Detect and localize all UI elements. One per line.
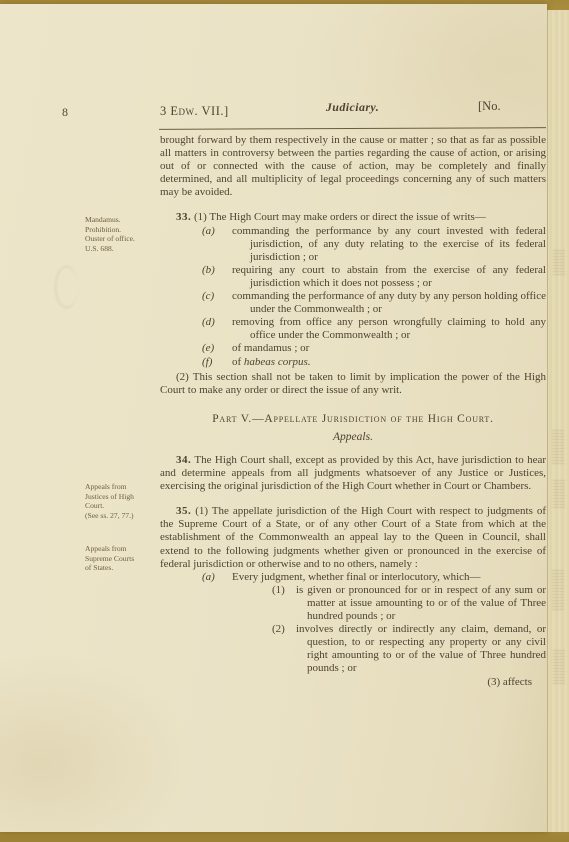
appeals-subheading: Appeals. [160, 431, 546, 444]
text-column: brought forward by them respectively in … [160, 134, 546, 690]
part-v-heading: Part V.—Appellate Jurisdiction of the Hi… [160, 413, 546, 426]
intro-paragraph: brought forward by them respectively in … [160, 134, 546, 199]
ghost-text-mark [553, 250, 565, 276]
sub-label-2: (2) [272, 623, 296, 636]
item-label-a: (a) [202, 225, 232, 238]
list-item-e: (e)of mandamus ; or [160, 342, 546, 355]
item-label-f: (f) [202, 356, 232, 369]
ghost-text-mark [552, 570, 564, 610]
section-34-paragraph: 34. The High Court shall, except as prov… [160, 454, 546, 493]
item-label-35a: (a) [202, 571, 232, 584]
habeas-corpus-italic: habeas corpus. [244, 356, 311, 368]
ghost-text-mark [553, 650, 565, 686]
item-label-e: (e) [202, 342, 232, 355]
item-label-c: (c) [202, 290, 232, 303]
item-label-d: (d) [202, 316, 232, 329]
section-35-item-a: (a)Every judgment, whether final or inte… [160, 571, 546, 584]
section-35-intro: 35. (1) The appellate jurisdiction of th… [160, 505, 546, 570]
ghost-text-mark [552, 430, 564, 464]
list-item-d: (d)removing from office any person wrong… [160, 316, 546, 342]
section-33-subsection-2: (2) This section shall not be taken to l… [160, 371, 546, 397]
page-number: 8 [62, 105, 68, 120]
section-35-sub-item-2: (2)involves directly or indirectly any c… [160, 623, 546, 675]
item-label-b: (b) [202, 264, 232, 277]
section-33-intro: 33. (1) The High Court may make orders o… [160, 211, 546, 224]
catchword-next-item: (3) affects [160, 676, 546, 689]
margin-note-mandamus: Mandamus. Prohibition. Ouster of office.… [85, 215, 157, 253]
list-item-c: (c)commanding the performance of any dut… [160, 290, 546, 316]
section-33-number: 33. [176, 211, 191, 223]
list-item-b: (b)requiring any court to abstain from t… [160, 264, 546, 290]
section-35-number: 35. [176, 505, 191, 517]
section-34-number: 34. [176, 454, 191, 466]
list-item-a: (a)commanding the performance by any cou… [160, 225, 546, 264]
header-act-number: [No. [478, 99, 501, 114]
ghost-text-mark [553, 480, 565, 510]
fore-edge [547, 10, 569, 832]
list-item-f: (f)of habeas corpus. [160, 356, 546, 369]
section-35-sub-item-1: (1)is given or pronounced for or in resp… [160, 584, 546, 623]
ink-smudge [55, 266, 78, 308]
header-rule [159, 127, 546, 130]
scanned-page: 8 3 Edw. VII.] Judiciary. [No. Mandamus.… [0, 4, 547, 832]
book-scan: { "header": { "page_number": "8", "left"… [0, 0, 569, 842]
sub-label-1: (1) [272, 584, 296, 597]
margin-note-appeals-justices: Appeals from Justices of High Court. (Se… [85, 482, 157, 520]
margin-note-appeals-supreme-courts: Appeals from Supreme Courts of States. [85, 544, 157, 573]
